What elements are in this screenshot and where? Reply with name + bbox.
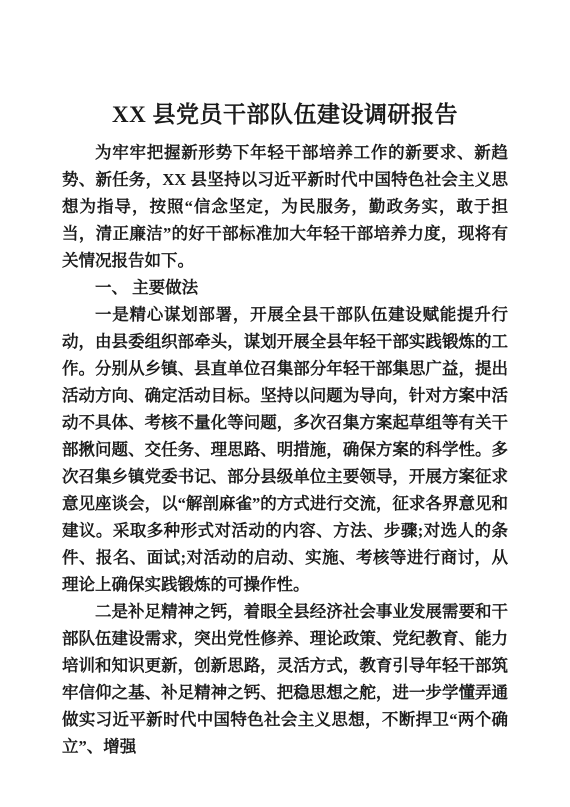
paragraph: 为牢牢把握新形势下年轻干部培养工作的新要求、新趋势、新任务，XX 县坚持以习近平… — [62, 139, 508, 274]
document-title: XX 县党员干部队伍建设调研报告 — [62, 97, 508, 133]
paragraph: 一是精心谋划部署，开展全县干部队伍建设赋能提升行动，由县委组织部牵头，谋划开展全… — [62, 301, 508, 598]
document-page: XX 县党员干部队伍建设调研报告 为牢牢把握新形势下年轻干部培养工作的新要求、新… — [0, 0, 570, 807]
document-body: 为牢牢把握新形势下年轻干部培养工作的新要求、新趋势、新任务，XX 县坚持以习近平… — [62, 139, 508, 760]
paragraph: 二是补足精神之钙，着眼全县经济社会事业发展需要和干部队伍建设需求，突出党性修养、… — [62, 598, 508, 760]
section-heading: 一、 主要做法 — [62, 274, 508, 301]
